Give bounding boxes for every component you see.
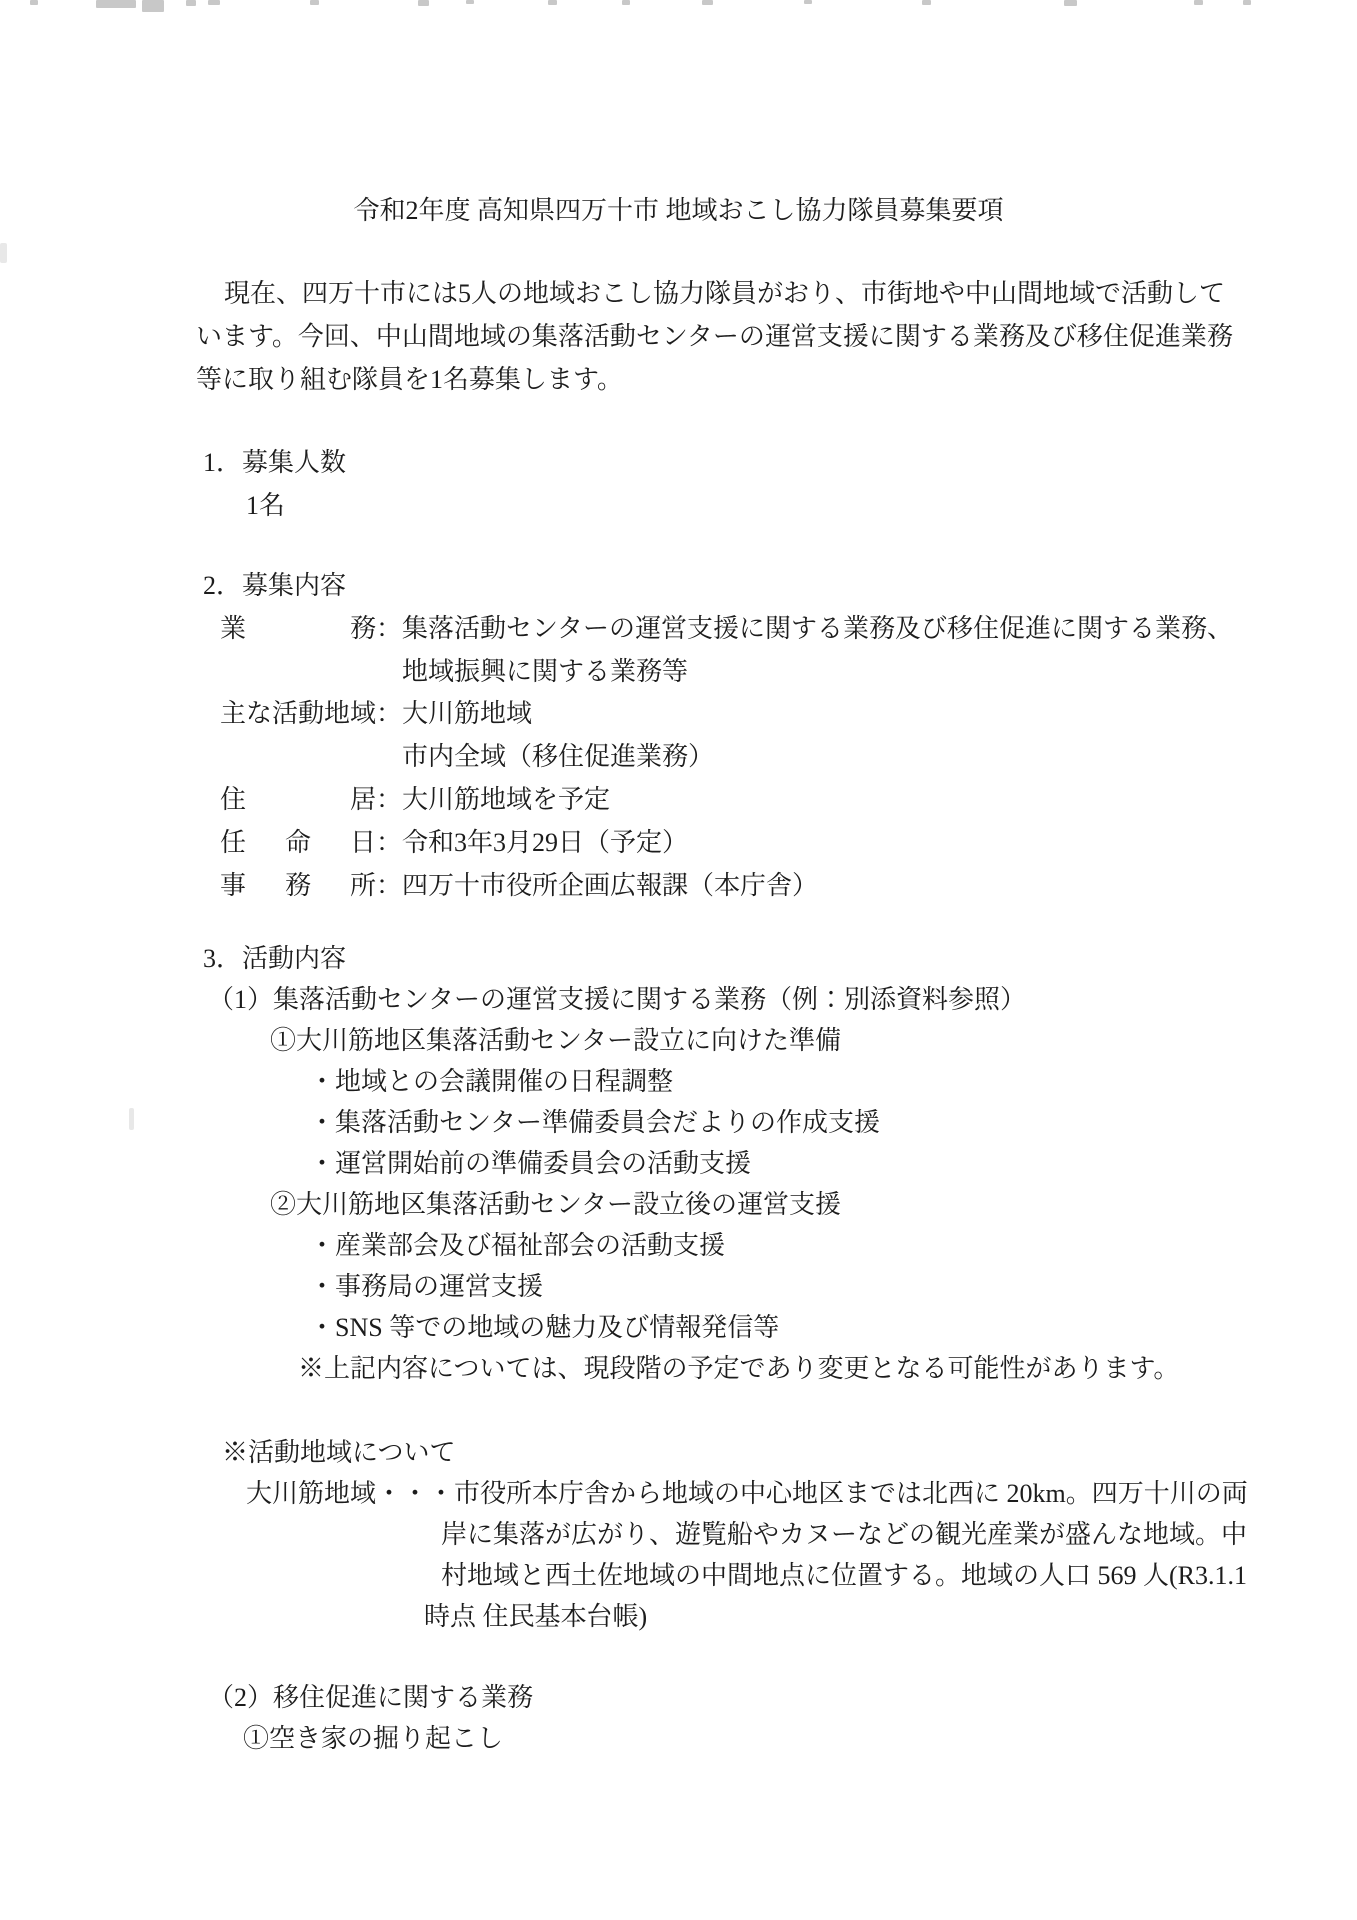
scan-artifact (466, 0, 474, 4)
scan-artifact (418, 0, 429, 6)
detail-value-appointment: 令和3年3月29日（予定） (402, 827, 688, 859)
section3-item2-bullet-2: ・事務局の運営支援 (309, 1271, 543, 1303)
scan-artifact (186, 0, 196, 6)
detail-value-duty: 集落活動センターの運営支援に関する業務及び移住促進に関する業務、 (402, 613, 1233, 645)
detail-value-residence: 大川筋地域を予定 (402, 784, 610, 816)
detail-value-area: 大川筋地域 (402, 698, 532, 730)
area-note-line-2: 岸に集落が広がり、遊覧船やカヌーなどの観光産業が盛んな地域。中 (441, 1519, 1247, 1551)
scan-artifact (1194, 0, 1203, 5)
scan-artifact (622, 0, 630, 5)
section3-item1: ①大川筋地区集落活動センター設立に向けた準備 (270, 1025, 841, 1057)
intro-line-3: 等に取り組む隊員を1名募集します。 (196, 364, 623, 396)
scan-artifact (702, 0, 713, 5)
section3-heading: 3．活動内容 (203, 943, 346, 975)
section1-heading: 1．募集人数 (203, 447, 346, 479)
section3-item2-bullet-1: ・産業部会及び福祉部会の活動支援 (309, 1230, 725, 1262)
detail-value-office: 四万十市役所企画広報課（本庁舎） (402, 870, 818, 902)
scan-artifact (96, 0, 136, 8)
detail-colon: ： (376, 698, 402, 730)
intro-line-2: います。今回、中山間地域の集落活動センターの運営支援に関する業務及び移住促進業務 (196, 321, 1233, 353)
area-note-line-3: 村地域と西土佐地域の中間地点に位置する。地域の人口 569 人(R3.1.1 (441, 1560, 1247, 1592)
detail-colon: ： (376, 613, 402, 645)
section1-capacity: 1名 (246, 490, 285, 522)
detail-colon: ： (376, 784, 402, 816)
scan-artifact (208, 0, 220, 5)
detail-label-office: 事 務 所 (220, 870, 376, 902)
detail-label-appointment: 任 命 日 (220, 827, 376, 859)
detail-row-appointment: 任 命 日：令和3年3月29日（予定） (220, 827, 688, 859)
detail-row-duty: 業 務：集落活動センターの運営支援に関する業務及び移住促進に関する業務、 (220, 613, 1233, 645)
section3-sub1-heading: （1）集落活動センターの運営支援に関する業務（例：別添資料参照） (208, 984, 1026, 1016)
area-note-line-4: 時点 住民基本台帳) (424, 1601, 647, 1633)
section3-item2-bullet-3: ・SNS 等での地域の魅力及び情報発信等 (309, 1312, 779, 1344)
area-note-heading: ※活動地域について (222, 1437, 455, 1469)
detail-label-residence: 住 居 (220, 784, 376, 816)
scan-artifact (804, 0, 812, 4)
scan-artifact (1064, 0, 1077, 6)
section3-item1-bullet-2: ・集落活動センター準備委員会だよりの作成支援 (309, 1107, 880, 1139)
detail-value-area-2: 市内全域（移住促進業務） (402, 741, 714, 773)
scan-artifact (30, 0, 38, 5)
scan-artifact (310, 0, 319, 5)
detail-row-residence: 住 居：大川筋地域を予定 (220, 784, 610, 816)
detail-colon: ： (376, 870, 402, 902)
scan-artifact (1243, 0, 1251, 5)
section3-item2: ②大川筋地区集落活動センター設立後の運営支援 (270, 1189, 841, 1221)
scan-artifact (548, 0, 557, 5)
section3-item1-bullet-1: ・地域との会議開催の日程調整 (309, 1066, 673, 1098)
scan-artifact (142, 0, 164, 12)
scan-artifact (922, 0, 931, 5)
scan-smudge (0, 243, 7, 263)
intro-line-1: 現在、四万十市には5人の地域おこし協力隊員がおり、市街地や中山間地域で活動して (224, 278, 1225, 310)
scan-smudge (129, 1108, 134, 1130)
detail-colon: ： (376, 827, 402, 859)
section3-sub2-item1: ①空き家の掘り起こし (243, 1723, 503, 1755)
section2-heading: 2．募集内容 (203, 570, 346, 602)
section3-note: ※上記内容については、現段階の予定であり変更となる可能性があります。 (298, 1353, 1179, 1385)
detail-label-duty: 業 務 (220, 613, 376, 645)
section3-item1-bullet-3: ・運営開始前の準備委員会の活動支援 (309, 1148, 751, 1180)
detail-row-area: 主な活動地域：大川筋地域 (220, 698, 532, 730)
document-page: 令和2年度 高知県四万十市 地域おこし協力隊員募集要項 現在、四万十市には5人の… (0, 0, 1357, 1920)
area-note-line-1: 大川筋地域・・・市役所本庁舎から地域の中心地区までは北西に 20km。四万十川の… (246, 1478, 1248, 1510)
section3-sub2-heading: （2）移住促進に関する業務 (208, 1682, 533, 1714)
detail-value-duty-2: 地域振興に関する業務等 (402, 656, 688, 688)
page-title: 令和2年度 高知県四万十市 地域おこし協力隊員募集要項 (0, 195, 1357, 227)
detail-row-office: 事 務 所：四万十市役所企画広報課（本庁舎） (220, 870, 818, 902)
detail-label-area: 主な活動地域 (220, 698, 376, 730)
